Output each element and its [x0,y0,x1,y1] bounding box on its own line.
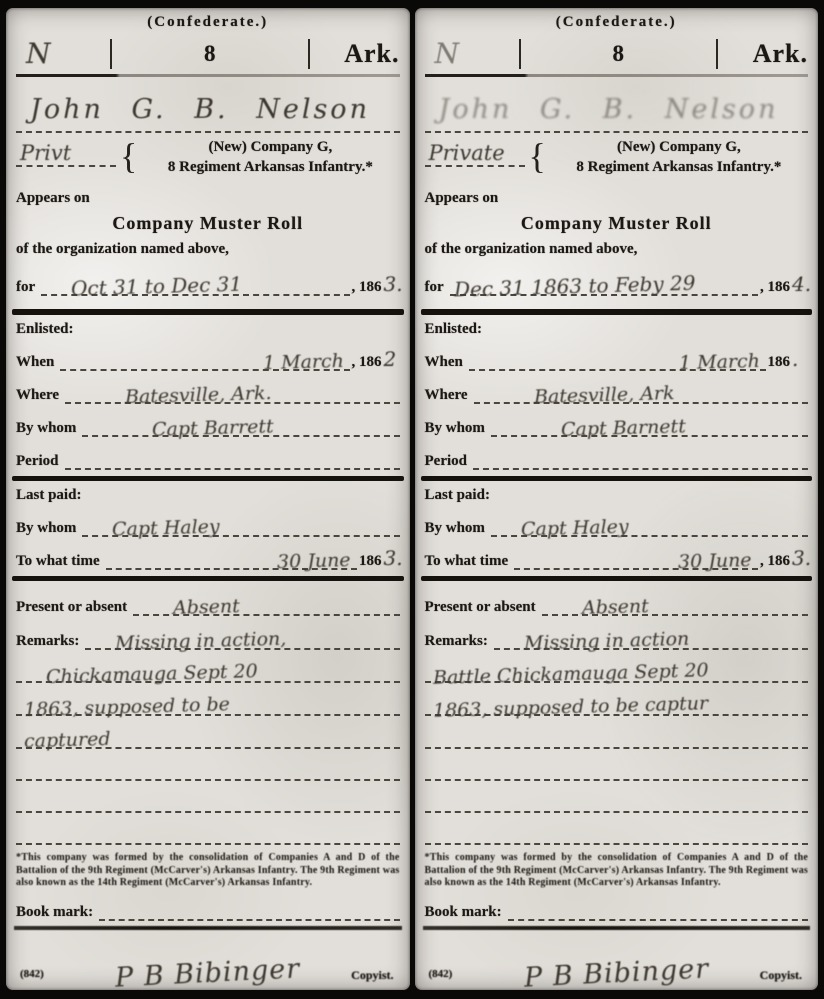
form-number: (842) [429,968,453,980]
for-value-handwritten: Oct 31 to Dec 31 [71,272,243,301]
when-value-line: 1 March [60,342,349,371]
paid-by-whom-value-handwritten: Capt Haley [112,516,220,541]
when-value-handwritten: 1 March [262,350,343,374]
last-paid-heading: Last paid: [425,487,809,504]
copyist-signature: P B Bibinger [523,953,710,990]
rank-handwritten: Privt [20,141,71,165]
muster-roll-title: Company Muster Roll [425,213,809,234]
header-divider [716,39,718,69]
remarks-continuation: 1863, supposed to be captur [425,689,809,716]
when-value-handwritten: 1 March [678,350,759,374]
state-abbreviation: Ark. [314,39,400,69]
header-rule [16,74,400,77]
remarks-label: Remarks: [16,633,85,650]
remarks-handwritten-3: 1863, supposed to be captur [432,692,708,722]
for-year-printed: , 186 [350,279,384,296]
company-letter-cell: N [16,37,106,71]
remarks-line-4 [425,720,809,749]
brace-glyph: { [120,135,137,177]
paid-by-whom-row: By whom Capt Haley [425,510,809,537]
when-year-handwritten: 2 [384,347,400,371]
remarks-continuation: Chickamauga Sept 20 [16,656,400,683]
period-row: Period [16,443,400,470]
to-what-time-row: To what time 30 June , 186 3. [425,543,809,570]
paid-by-whom-label: By whom [425,520,491,537]
appears-on-label: Appears on [16,190,400,207]
when-year-printed: , 186 [350,354,384,371]
by-whom-row: By whom Capt Barrett [16,410,400,437]
where-row: Where Batesville, Ark [425,377,809,404]
section-bar [12,476,404,481]
company-letter-handwritten: N [435,37,460,70]
enlisted-heading: Enlisted: [16,321,400,338]
header-row: N 8 Ark. [425,36,809,72]
to-what-time-value-handwritten: 30 June [277,549,351,573]
signature-line: P B Bibinger [50,948,366,991]
scanned-muster-roll-cards: (Confederate.) N 8 Ark. John G. B. Nelso… [0,0,824,999]
for-value-line: Dec 31 1863 to Feby 29 [450,264,758,296]
blank-ruled-line [425,821,809,845]
remarks-line-1: Missing in action [494,620,808,650]
present-or-absent-value-handwritten: Absent [581,595,648,619]
when-label: When [16,354,60,371]
remarks-row: Remarks: Missing in action [425,622,809,650]
header-row: N 8 Ark. [16,36,400,72]
header-divider [110,39,112,69]
unit-designation: (New) Company G, 8 Regiment Arkansas Inf… [141,135,399,177]
muster-roll-title: Company Muster Roll [16,213,400,234]
soldier-name: John G. B. Nelson [439,94,779,125]
where-label: Where [16,387,65,404]
by-whom-value-line: Capt Barnett [491,408,808,437]
period-value-line [473,441,808,470]
when-row: When 1 March , 186 2 [16,344,400,371]
book-mark-label: Book mark: [16,904,99,921]
blank-ruled-line [16,757,400,781]
enlisted-heading: Enlisted: [425,321,809,338]
by-whom-value-handwritten: Capt Barnett [561,415,686,440]
period-label: Period [425,453,474,470]
by-whom-label: By whom [16,420,82,437]
remarks-line-1: Missing in action, [85,620,399,650]
for-period-row: for Dec 31 1863 to Feby 29 , 186 4. [425,266,809,296]
where-value-handwritten: Batesville, Ark. [125,382,272,408]
remarks-line-4: captured [16,720,400,749]
section-bar [421,476,813,481]
book-mark-value-line [508,896,808,921]
for-year-printed: , 186 [758,279,792,296]
where-label: Where [425,387,474,404]
where-value-handwritten: Batesville, Ark [533,382,674,408]
soldier-name-line: John G. B. Nelson [16,90,400,133]
to-what-time-label: To what time [16,553,106,570]
rank-unit-row: Private { (New) Company G, 8 Regiment Ar… [425,135,809,181]
brace-glyph: { [529,135,546,177]
signature-line: P B Bibinger [459,948,775,991]
present-or-absent-label: Present or absent [16,599,133,616]
when-year-printed: 186 [766,354,793,371]
where-value-line: Batesville, Ark. [65,375,399,404]
regiment-number: 8 [116,41,304,67]
period-row: Period [425,443,809,470]
paid-by-whom-label: By whom [16,520,82,537]
company-letter-handwritten: N [26,37,51,70]
book-mark-value-line [99,896,399,921]
section-bar [12,309,404,315]
remarks-handwritten-2: Battle Chickamauga Sept 20 [432,659,708,689]
period-value-line [65,441,400,470]
present-or-absent-row: Present or absent Absent [16,589,400,616]
copyist-label: Copyist. [760,968,802,983]
remarks-continuation: Battle Chickamauga Sept 20 [425,656,809,683]
book-mark-row: Book mark: [425,898,809,921]
rank-handwritten: Private [429,141,505,165]
remarks-line-2: Chickamauga Sept 20 [16,654,400,683]
paid-year-printed: , 186 [758,553,792,570]
unit-line-1: (New) Company G, [550,137,808,157]
to-what-time-label: To what time [425,553,515,570]
by-whom-label: By whom [425,420,491,437]
regiment-number: 8 [525,41,713,67]
last-paid-heading: Last paid: [16,487,400,504]
confederate-heading: (Confederate.) [16,14,400,31]
appears-on-label: Appears on [425,190,809,207]
soldier-name-line: John G. B. Nelson [425,90,809,133]
to-what-time-value-handwritten: 30 June [678,549,752,573]
paid-by-whom-value-line: Capt Haley [491,508,808,537]
where-row: Where Batesville, Ark. [16,377,400,404]
remarks-handwritten-1: Missing in action [524,628,690,655]
rank-unit-row: Privt { (New) Company G, 8 Regiment Arka… [16,135,400,181]
remarks-row: Remarks: Missing in action, [16,622,400,650]
for-year-handwritten: 4. [792,272,808,296]
unit-line-1: (New) Company G, [141,137,399,157]
header-rule [425,74,809,77]
rank-line: Privt [16,135,116,167]
blank-ruled-line [16,821,400,845]
when-label: When [425,354,469,371]
consolidation-footnote: *This company was formed by the consolid… [425,852,809,890]
organization-line: of the organization named above, [16,241,400,258]
remarks-handwritten-2: Chickamauga Sept 20 [46,660,258,688]
rank-line: Private [425,135,525,167]
muster-card-left: (Confederate.) N 8 Ark. John G. B. Nelso… [6,8,410,990]
paid-year-handwritten: 3. [384,546,400,570]
blank-ruled-line [425,757,809,781]
soldier-name: John G. B. Nelson [30,94,370,125]
present-or-absent-value-handwritten: Absent [173,595,240,619]
to-what-time-value-line: 30 June [514,541,758,570]
for-label: for [425,279,450,296]
state-abbreviation: Ark. [722,39,808,69]
unit-designation: (New) Company G, 8 Regiment Arkansas Inf… [550,135,808,177]
period-label: Period [16,453,65,470]
for-label: for [16,279,41,296]
muster-card-right: (Confederate.) N 8 Ark. John G. B. Nelso… [415,8,819,990]
by-whom-value-line: Capt Barrett [82,408,399,437]
paid-year-printed: 186 [357,553,384,570]
remarks-continuation: captured [16,722,400,749]
present-or-absent-value-line: Absent [542,587,808,616]
for-year-handwritten: 3. [384,272,400,296]
unit-line-2: 8 Regiment Arkansas Infantry.* [141,157,399,177]
form-number: (842) [20,968,44,980]
to-what-time-value-line: 30 June [106,541,357,570]
remarks-line-3: 1863, supposed to be captur [425,687,809,716]
remarks-handwritten-3: 1863, supposed to be [24,693,230,721]
book-mark-label: Book mark: [425,904,508,921]
confederate-heading: (Confederate.) [425,14,809,31]
remarks-handwritten-1: Missing in action, [115,628,287,655]
paid-by-whom-value-line: Capt Haley [82,508,399,537]
unit-line-2: 8 Regiment Arkansas Infantry.* [550,157,808,177]
section-bar [421,309,813,315]
paid-year-handwritten: 3. [792,546,808,570]
blank-ruled-line [425,789,809,813]
by-whom-row: By whom Capt Barnett [425,410,809,437]
section-bar [12,576,404,581]
present-or-absent-value-line: Absent [133,587,399,616]
consolidation-footnote: *This company was formed by the consolid… [16,852,400,890]
present-or-absent-row: Present or absent Absent [425,589,809,616]
paid-by-whom-value-handwritten: Capt Haley [521,516,629,541]
paid-by-whom-row: By whom Capt Haley [16,510,400,537]
remarks-label: Remarks: [425,633,494,650]
section-bar [421,576,813,581]
blank-ruled-line [16,789,400,813]
where-value-line: Batesville, Ark [474,375,808,404]
by-whom-value-handwritten: Capt Barrett [152,415,274,440]
company-letter-cell: N [425,37,515,71]
when-value-line: 1 March [469,342,766,371]
for-period-row: for Oct 31 to Dec 31 , 186 3. [16,266,400,296]
copyist-label: Copyist. [351,968,393,983]
header-divider [308,39,310,69]
for-value-handwritten: Dec 31 1863 to Feby 29 [453,271,695,302]
when-year-handwritten: . [792,347,808,371]
remarks-line-2: Battle Chickamauga Sept 20 [425,654,809,683]
remarks-continuation: 1863, supposed to be [16,689,400,716]
header-divider [519,39,521,69]
when-row: When 1 March 186 . [425,344,809,371]
footer-rule [14,926,402,930]
organization-line: of the organization named above, [425,241,809,258]
for-value-line: Oct 31 to Dec 31 [41,264,349,296]
remarks-handwritten-4: captured [24,728,111,752]
book-mark-row: Book mark: [16,898,400,921]
footer-rule [423,926,811,930]
remarks-line-3: 1863, supposed to be [16,687,400,716]
copyist-signature: P B Bibinger [114,953,301,990]
remarks-continuation [425,722,809,749]
to-what-time-row: To what time 30 June 186 3. [16,543,400,570]
present-or-absent-label: Present or absent [425,599,542,616]
